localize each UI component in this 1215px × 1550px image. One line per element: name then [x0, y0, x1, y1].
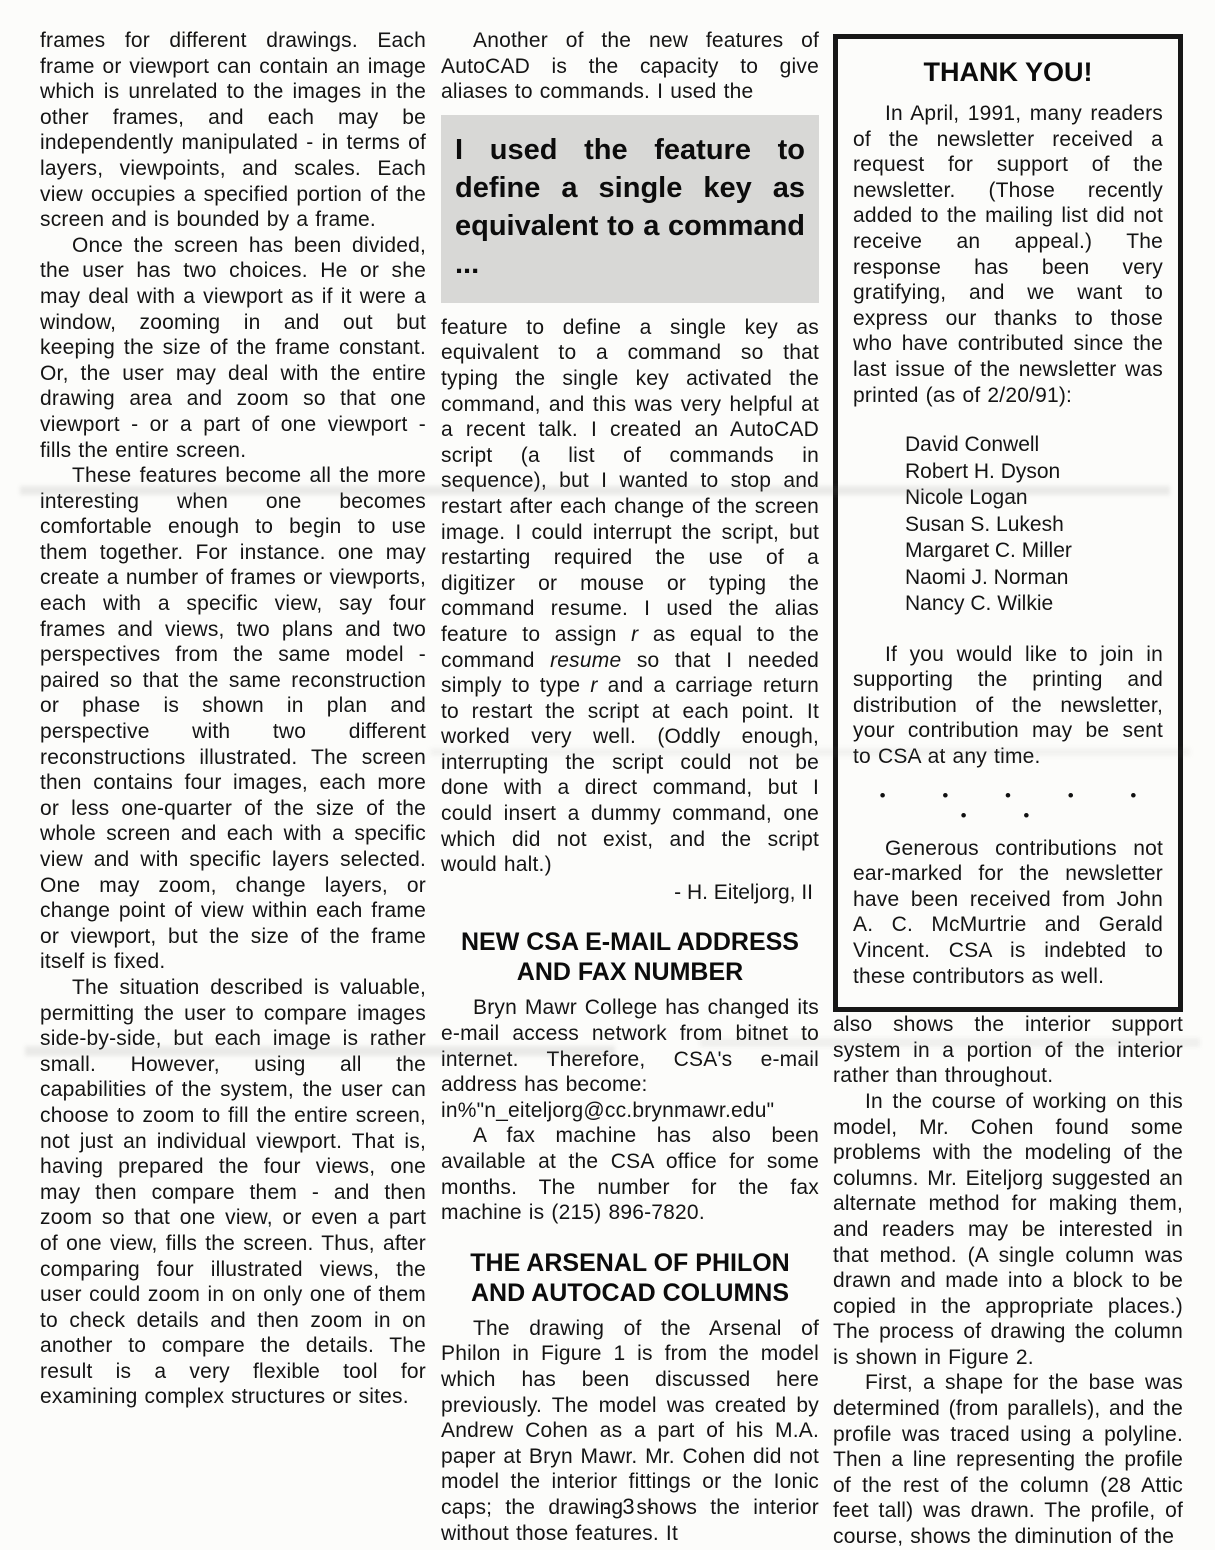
contributor-list: David Conwell Robert H. Dyson Nicole Log…: [905, 432, 1163, 618]
column-left: frames for different drawings. Each fram…: [40, 28, 426, 1410]
list-item: Susan S. Lukesh: [905, 512, 1163, 539]
paragraph: These features become all the more inter…: [40, 463, 426, 975]
newsletter-page: frames for different drawings. Each fram…: [0, 0, 1215, 1550]
paragraph: Another of the new features of AutoCAD i…: [441, 28, 819, 105]
list-item: Robert H. Dyson: [905, 459, 1163, 486]
paragraph: First, a shape for the base was determin…: [833, 1370, 1183, 1549]
list-item: Naomi J. Norman: [905, 565, 1163, 592]
list-item: Margaret C. Miller: [905, 538, 1163, 565]
paragraph: The situation described is valuable, per…: [40, 975, 426, 1410]
list-item: Nancy C. Wilkie: [905, 591, 1163, 618]
paragraph: also shows the interior support system i…: [833, 1012, 1183, 1089]
paragraph: Generous contributions not ear-marked fo…: [853, 836, 1163, 990]
pull-quote: I used the feature to define a single ke…: [441, 115, 819, 303]
section-heading-email: NEW CSA E-MAIL ADDRESS AND FAX NUMBER: [441, 927, 819, 987]
column-right: THANK YOU! In April, 1991, many readers …: [833, 34, 1183, 1550]
list-item: David Conwell: [905, 432, 1163, 459]
section-heading-arsenal: THE ARSENAL OF PHILON AND AUTOCAD COLUMN…: [441, 1248, 819, 1308]
thank-you-title: THANK YOU!: [853, 57, 1163, 87]
dots-separator: • • • • • • •: [853, 786, 1163, 826]
paragraph: If you would like to join in supporting …: [853, 642, 1163, 770]
paragraph: In the course of working on this model, …: [833, 1089, 1183, 1371]
email-address: in%"n_eiteljorg@cc.brynmawr.edu": [441, 1098, 819, 1124]
author-signature: - H. Eiteljorg, II: [441, 880, 819, 906]
paragraph: Bryn Mawr College has changed its e-mail…: [441, 995, 819, 1097]
paragraph: Once the screen has been divided, the us…: [40, 233, 426, 463]
paragraph: In April, 1991, many readers of the news…: [853, 101, 1163, 408]
page-number: - 3 -: [441, 1494, 819, 1520]
list-item: Nicole Logan: [905, 485, 1163, 512]
paragraph: feature to define a single key as equiva…: [441, 315, 819, 878]
column-center: Another of the new features of AutoCAD i…: [441, 28, 819, 1546]
thank-you-box: THANK YOU! In April, 1991, many readers …: [833, 34, 1183, 1012]
paragraph: frames for different drawings. Each fram…: [40, 28, 426, 233]
paragraph: A fax machine has also been available at…: [441, 1123, 819, 1225]
